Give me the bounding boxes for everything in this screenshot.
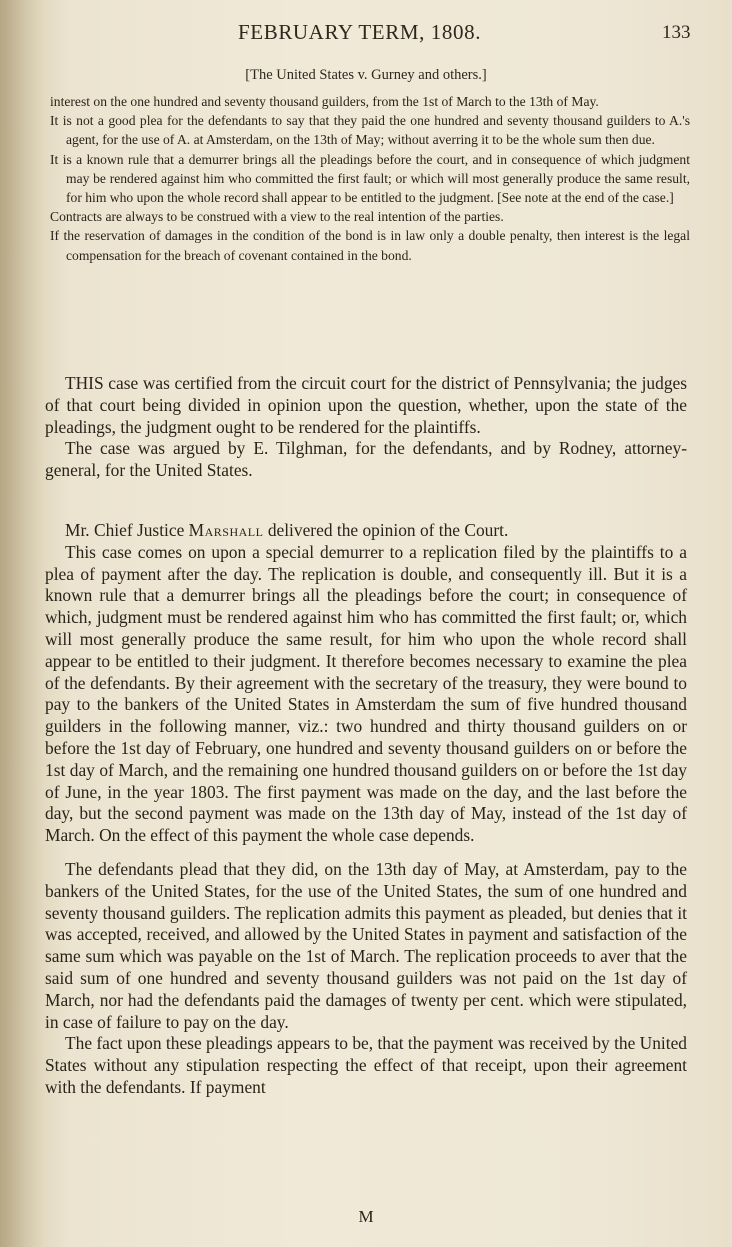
attribution-suffix: delivered the opinion of the Court. [263,520,508,540]
case-introduction: THIS case was certified from the circuit… [45,373,687,482]
page-number: 133 [662,22,691,44]
opinion-paragraph: The fact upon these pleadings appears to… [45,1033,687,1098]
opinion-attribution: Mr. Chief Justice Marshall delivered the… [45,520,687,542]
book-page: FEBRUARY TERM, 1808. 133 [The United Sta… [0,0,732,1247]
headnote: If the reservation of damages in the con… [50,226,690,264]
headnote: interest on the one hundred and seventy … [50,92,690,111]
running-head: FEBRUARY TERM, 1808. 133 [0,20,732,50]
attribution-prefix: Mr. Chief Justice [65,520,189,540]
headnote: It is not a good plea for the defendants… [50,111,690,149]
intro-paragraph: THIS case was certified from the circuit… [45,373,687,438]
case-caption: [The United States v. Gurney and others.… [0,67,732,84]
binding-shadow [0,0,45,1247]
headnote: Contracts are always to be construed wit… [50,207,690,226]
justice-name: Marshall [189,520,264,540]
signature-mark: M [0,1207,732,1227]
court-opinion: Mr. Chief Justice Marshall delivered the… [45,520,687,1099]
opinion-paragraph: This case comes on upon a special demurr… [45,542,687,847]
running-title: FEBRUARY TERM, 1808. [238,20,481,45]
opinion-paragraph: The defendants plead that they did, on t… [45,859,687,1033]
intro-paragraph: The case was argued by E. Tilghman, for … [45,438,687,482]
headnote: It is a known rule that a demurrer bring… [50,150,690,208]
headnotes: interest on the one hundred and seventy … [50,92,690,265]
